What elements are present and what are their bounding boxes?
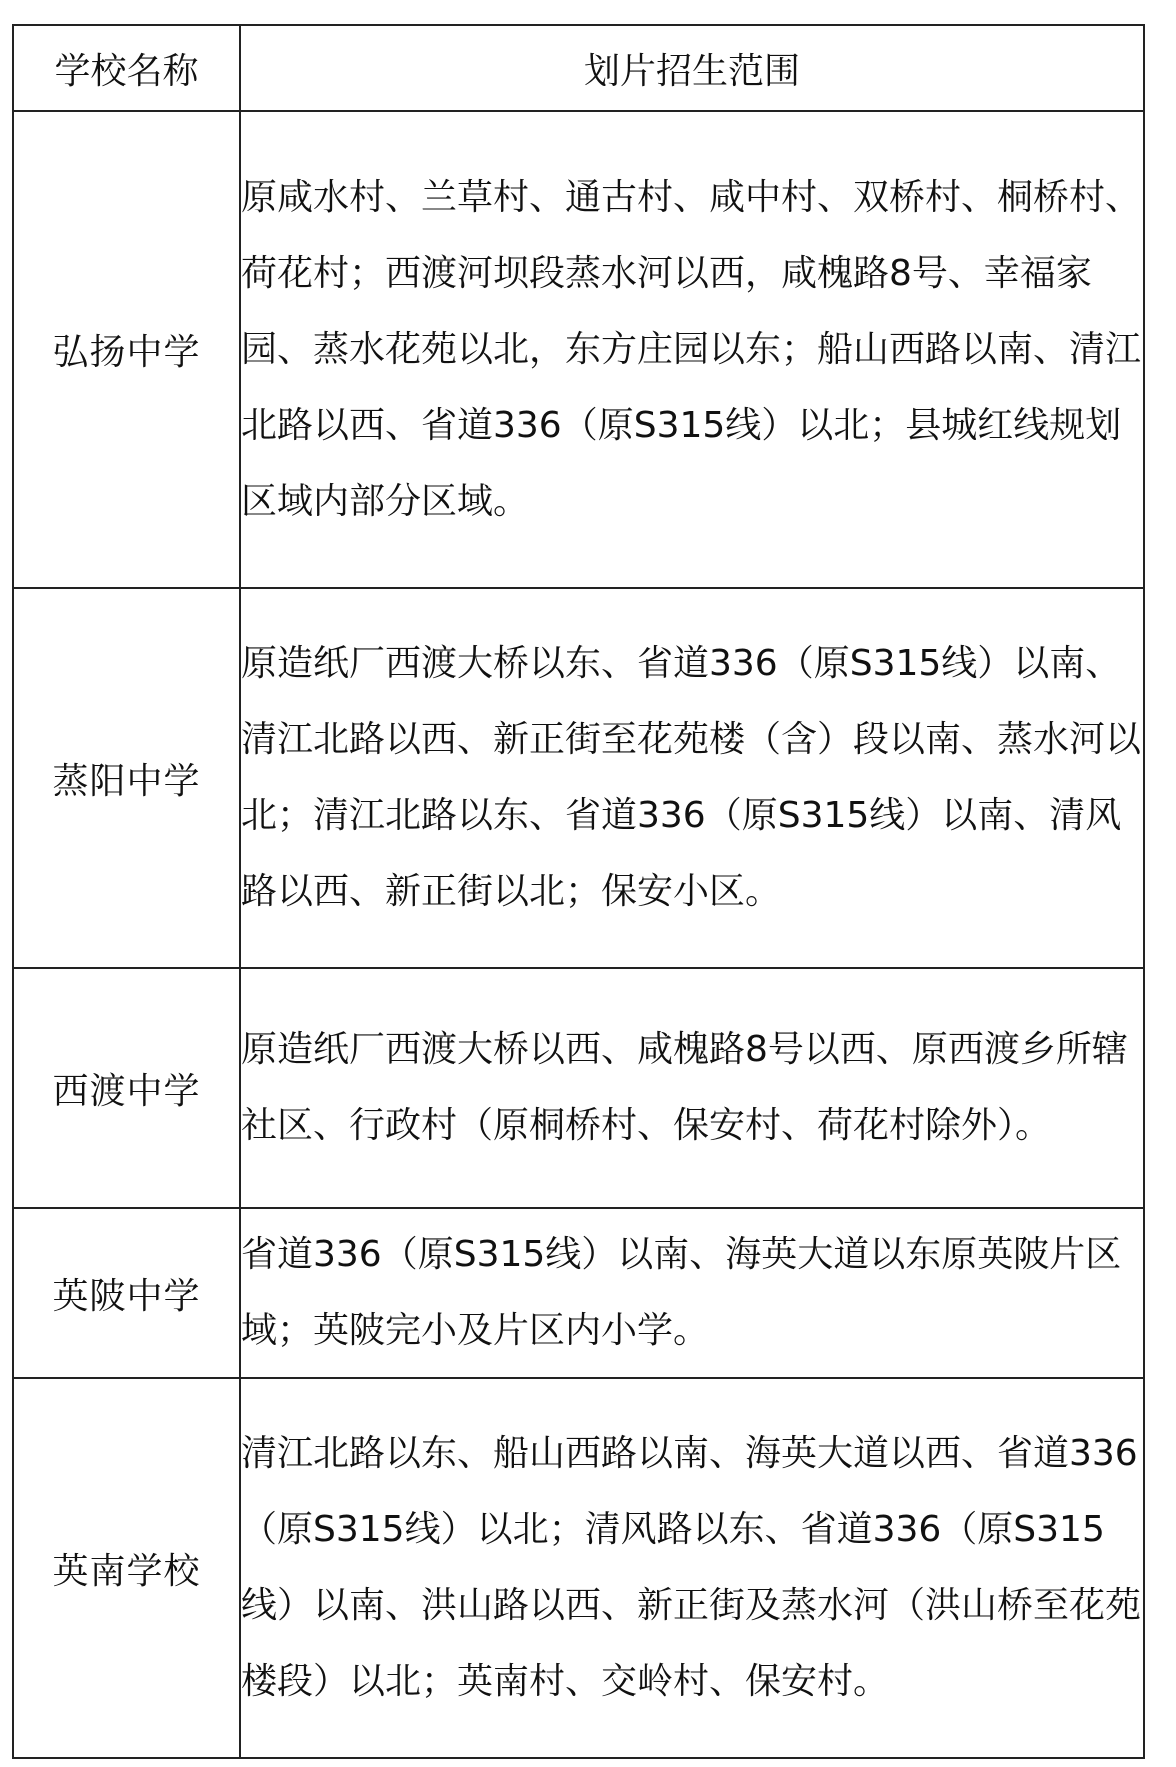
table-row: 蒸阳中学 原造纸厂西渡大桥以东、省道336（原S315线）以南、清江北路以西、新… <box>13 588 1144 968</box>
enrollment-range-cell: 原造纸厂西渡大桥以东、省道336（原S315线）以南、清江北路以西、新正街至花苑… <box>240 588 1144 968</box>
table-row: 英南学校 清江北路以东、船山西路以南、海英大道以西、省道336（原S315线）以… <box>13 1378 1144 1758</box>
header-row: 学校名称 划片招生范围 <box>13 25 1144 111</box>
school-name-cell: 英陂中学 <box>13 1208 240 1378</box>
enrollment-range-cell: 原造纸厂西渡大桥以西、咸槐路8号以西、原西渡乡所辖社区、行政村（原桐桥村、保安村… <box>240 968 1144 1208</box>
enrollment-range-cell: 省道336（原S315线）以南、海英大道以东原英陂片区域；英陂完小及片区内小学。 <box>240 1208 1144 1378</box>
header-enrollment-range: 划片招生范围 <box>240 25 1144 111</box>
table-row: 弘扬中学 原咸水村、兰草村、通古村、咸中村、双桥村、桐桥村、荷花村；西渡河坝段蒸… <box>13 111 1144 588</box>
school-name-cell: 弘扬中学 <box>13 111 240 588</box>
header-school-name: 学校名称 <box>13 25 240 111</box>
school-name-cell: 蒸阳中学 <box>13 588 240 968</box>
enrollment-range-cell: 原咸水村、兰草村、通古村、咸中村、双桥村、桐桥村、荷花村；西渡河坝段蒸水河以西，… <box>240 111 1144 588</box>
enrollment-range-cell: 清江北路以东、船山西路以南、海英大道以西、省道336（原S315线）以北；清风路… <box>240 1378 1144 1758</box>
school-name-cell: 英南学校 <box>13 1378 240 1758</box>
table-row: 西渡中学 原造纸厂西渡大桥以西、咸槐路8号以西、原西渡乡所辖社区、行政村（原桐桥… <box>13 968 1144 1208</box>
school-name-cell: 西渡中学 <box>13 968 240 1208</box>
enrollment-zone-table: 学校名称 划片招生范围 弘扬中学 原咸水村、兰草村、通古村、咸中村、双桥村、桐桥… <box>12 24 1145 1759</box>
table-row: 英陂中学 省道336（原S315线）以南、海英大道以东原英陂片区域；英陂完小及片… <box>13 1208 1144 1378</box>
